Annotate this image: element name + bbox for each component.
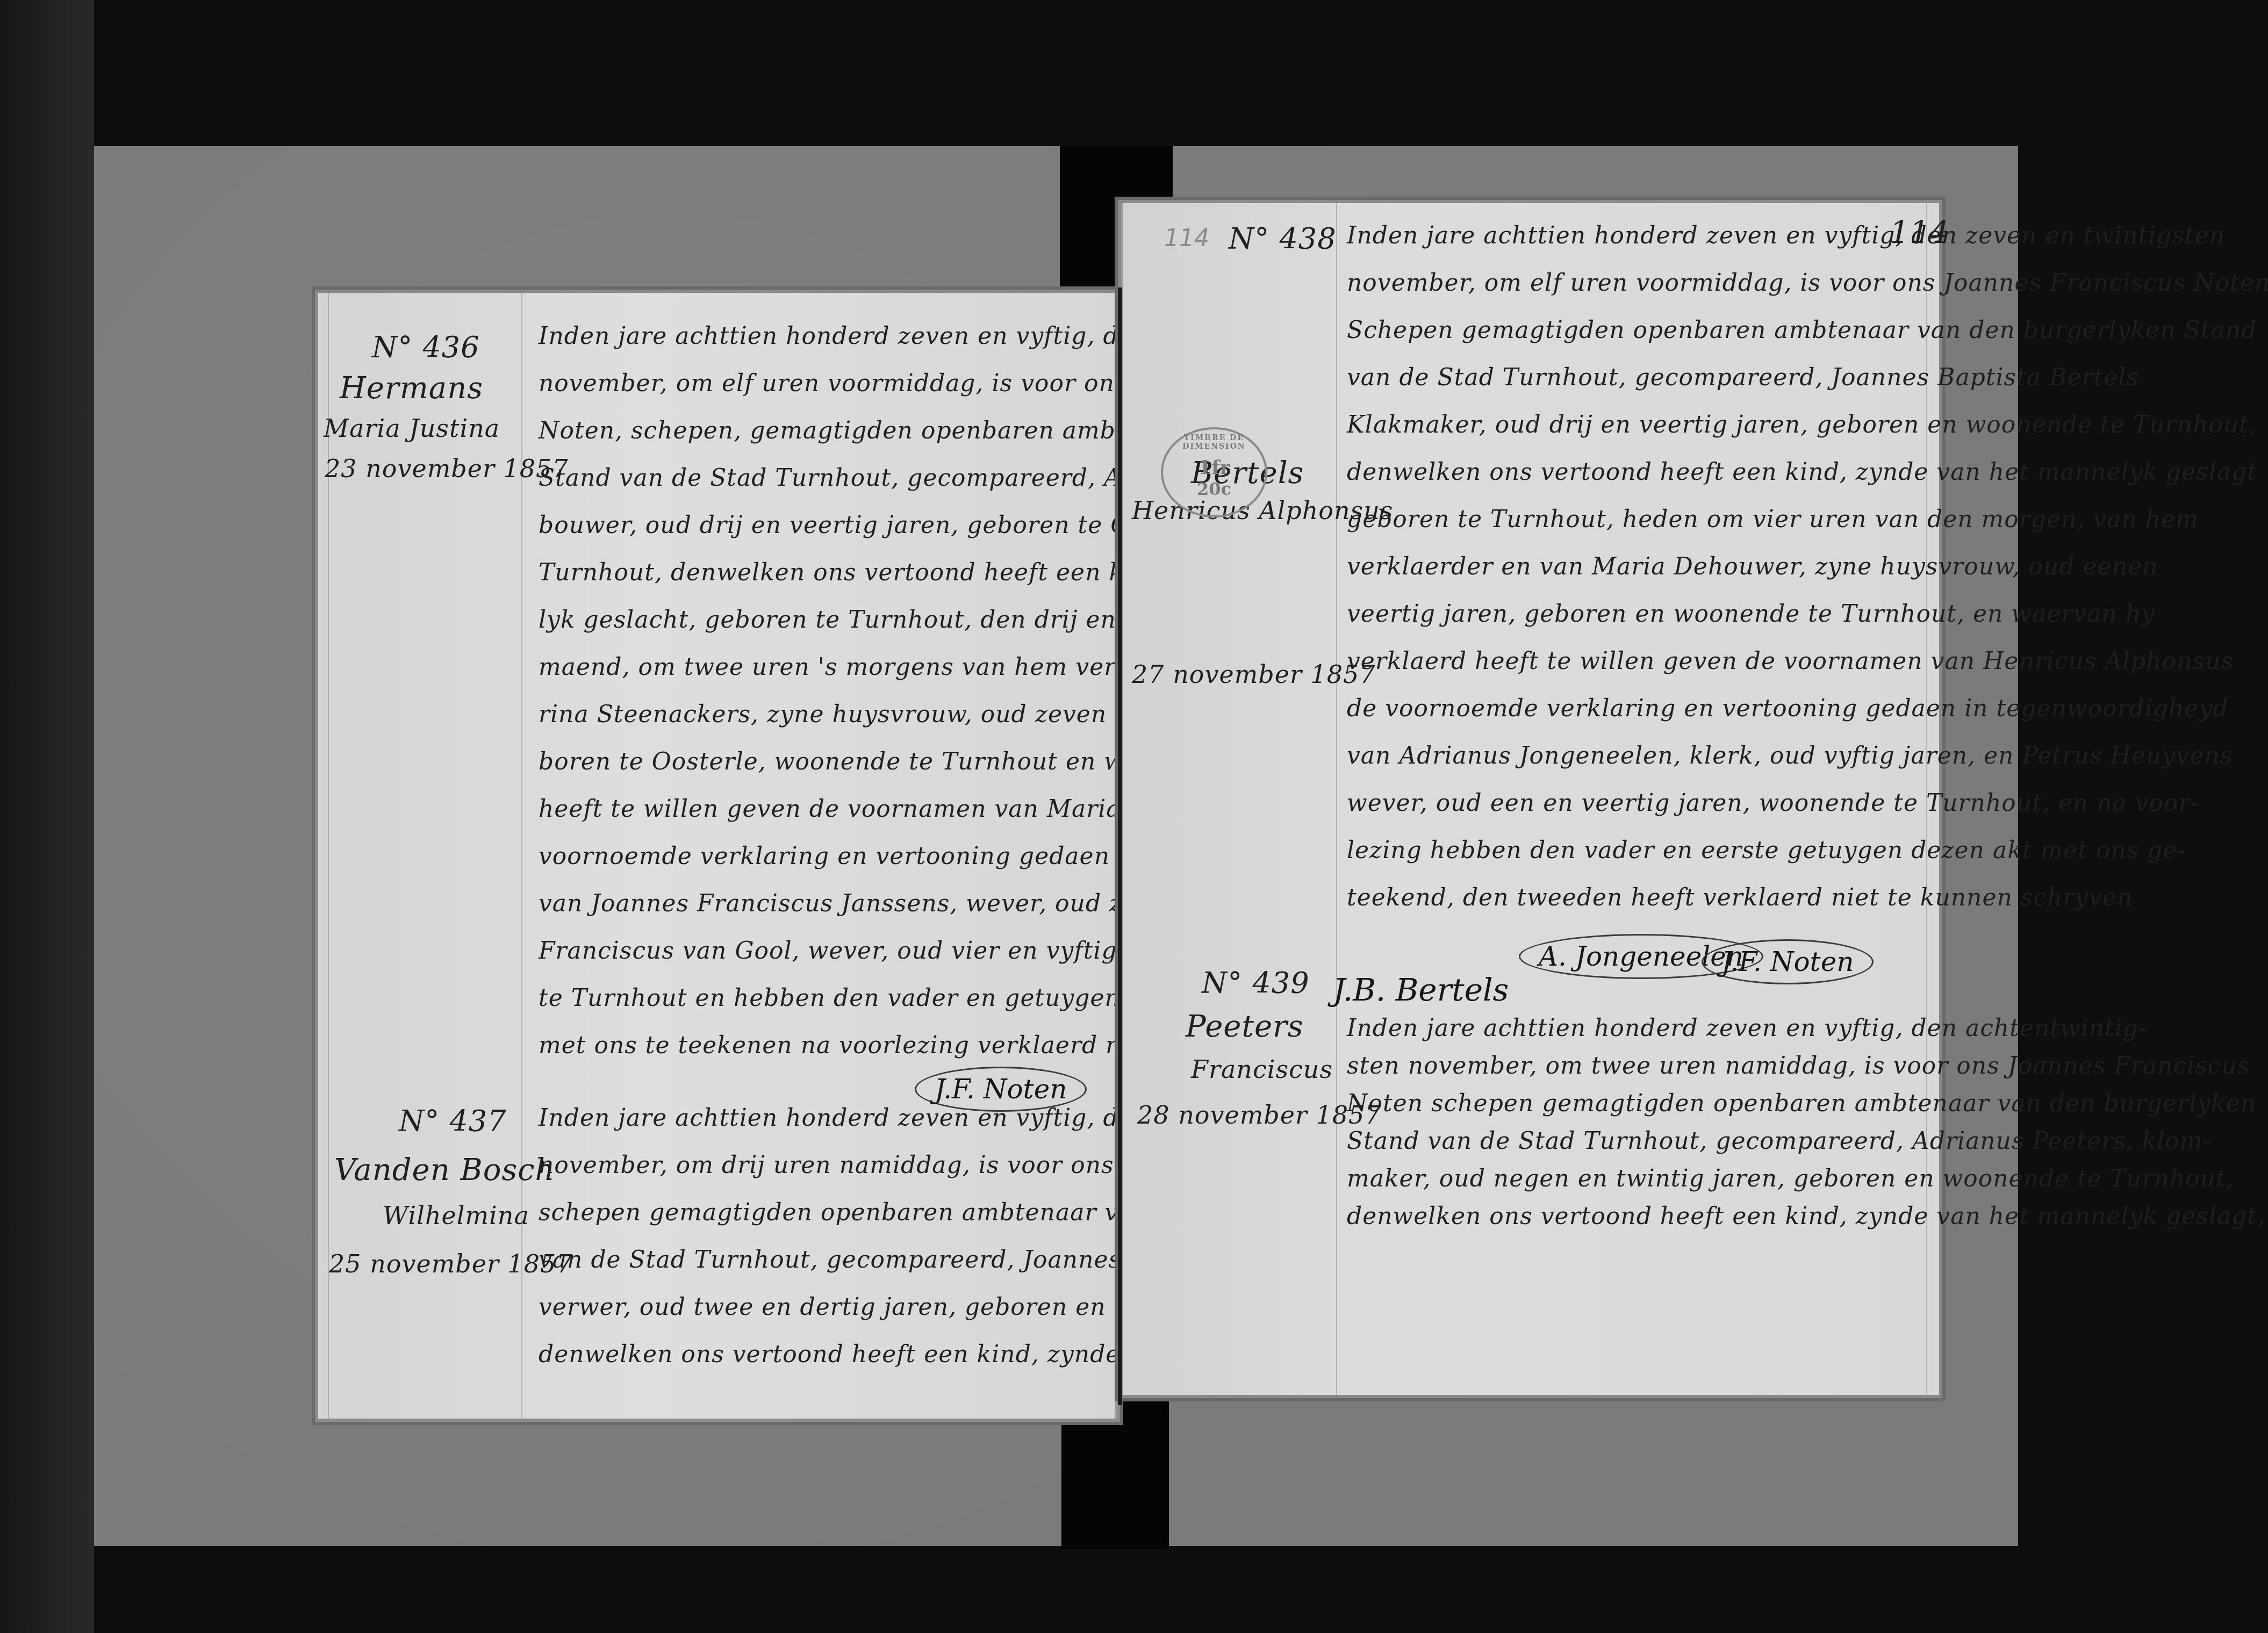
entry-date: 27 november 1857 — [1132, 660, 1376, 689]
entry-text-line: de voornoemde verklaring en vertooning g… — [1347, 695, 2228, 722]
left-page: N° 436 Hermans Maria Justina 23 november… — [318, 293, 1117, 1419]
entry-given-names: Wilhelmina — [383, 1201, 529, 1230]
entry-text-line: november, om elf uren voormiddag, is voo… — [1347, 269, 2268, 297]
entry-text-line: van Adrianus Jongeneelen, klerk, oud vyf… — [1347, 742, 2233, 769]
entry-given-names: Franciscus — [1191, 1055, 1333, 1084]
entry-given-names: Maria Justina — [324, 414, 500, 443]
entry-text-line: Klakmaker, oud drij en veertig jaren, ge… — [1347, 411, 2257, 438]
entry-number: N° 439 — [1202, 966, 1309, 1000]
entry-surname: Hermans — [340, 371, 483, 406]
entry-text-line: van de Stad Turnhout, gecompareerd, Joan… — [1347, 364, 2139, 391]
entry-number: N° 438 — [1229, 222, 1336, 256]
entry-text-line: lezing hebben den vader en eerste getuyg… — [1347, 837, 2186, 864]
entry-surname: Peeters — [1186, 1009, 1304, 1044]
entry-text-line: verklaerd heeft te willen geven de voorn… — [1347, 648, 2234, 675]
stamp-value-cents: 20c — [1163, 479, 1265, 499]
entry-date: 25 november 1857 — [329, 1249, 573, 1278]
book-spine-bottom — [1061, 1396, 1169, 1549]
entry-text-line: denwelken ons vertoond heeft een kind, z… — [1347, 458, 2257, 486]
entry-number: N° 437 — [399, 1104, 506, 1138]
right-page: 114 N° 438 114 Bertels Henricus Alphonsu… — [1121, 203, 1939, 1395]
pencil-folio-number: 114 — [1164, 225, 1209, 252]
entry-text-line: Inden jare achttien honderd zeven en vyf… — [1347, 222, 2225, 249]
entry-text-line: wever, oud een en veertig jaren, woonend… — [1347, 789, 2199, 817]
entry-text-line: geboren te Turnhout, heden om vier uren … — [1347, 506, 2199, 533]
margin-column-rule — [1336, 203, 1337, 1395]
book-gutter — [1118, 287, 1122, 1405]
signature-official: J.F. Noten — [1702, 939, 1874, 984]
signature-father: J.B. Bertels — [1315, 966, 1527, 1013]
entry-text-line: Schepen gemagtigden openbaren ambtenaar … — [1347, 316, 2257, 344]
entry-number: N° 436 — [372, 330, 479, 364]
entry-surname: Vanden Bosch — [334, 1153, 555, 1188]
entry-date: 23 november 1857 — [325, 454, 569, 483]
stamp-ring-text: TIMBRE DE DIMENSION — [1163, 434, 1265, 451]
stamp-value-francs: 1fr — [1163, 456, 1265, 479]
tax-stamp: TIMBRE DE DIMENSION 1fr 20c — [1161, 427, 1267, 517]
entry-text-line: teekend, den tweeden heeft verklaerd nie… — [1347, 884, 2133, 911]
outer-frame-left — [0, 0, 94, 1633]
signature-official: J.F. Noten — [915, 1067, 1087, 1112]
entry-date: 28 november 1857 — [1137, 1100, 1381, 1130]
entry-text-line: veertig jaren, geboren en woonende te Tu… — [1347, 600, 2155, 628]
entry-text-line: verklaerder en van Maria Dehouwer, zyne … — [1347, 553, 2158, 580]
